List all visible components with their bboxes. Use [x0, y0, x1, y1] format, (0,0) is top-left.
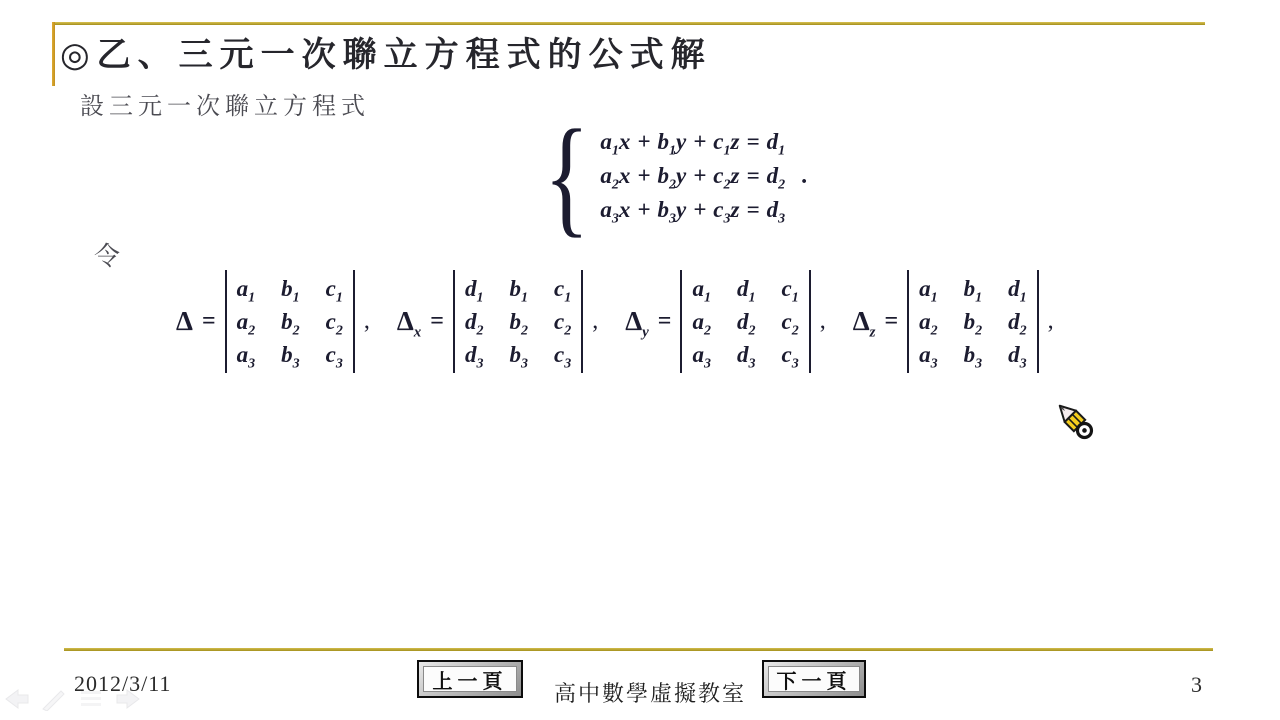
math-variable: b2 — [281, 309, 300, 335]
forward-arrow-icon[interactable] — [115, 687, 141, 711]
matrix-entry: b1 — [964, 272, 983, 305]
determinant-symbol: Δ — [176, 306, 193, 337]
matrix-entry: b3 — [281, 338, 300, 371]
slide-subtitle: 設三元一次聯立方程式 — [80, 86, 370, 121]
math-variable: y — [676, 197, 686, 223]
determinant-z: Δz=a1b1d1a2b2d2a3b3d3, — [853, 270, 1054, 373]
separator-comma: , — [592, 308, 598, 335]
matrix-entry: d1 — [1008, 272, 1027, 305]
math-variable: c3 — [713, 197, 730, 223]
math-variable: a3 — [692, 342, 711, 368]
matrix-entry: a2 — [237, 305, 256, 338]
page-number: 3 — [1191, 672, 1202, 698]
math-operator: + — [630, 197, 657, 223]
math-variable: c1 — [326, 276, 343, 302]
math-variable: a3 — [600, 197, 619, 223]
presenter-ghost-toolbar — [4, 687, 141, 711]
math-variable: b2 — [509, 309, 528, 335]
let-label: 令 — [94, 236, 120, 273]
math-variable: b3 — [657, 197, 676, 223]
math-variable: d1 — [1008, 276, 1027, 302]
pen-icon[interactable] — [41, 687, 67, 711]
matrix-entry: a2 — [919, 305, 938, 338]
equation-row: a1x+b1y+c1z=d1 — [600, 125, 807, 159]
matrix-entry: c3 — [781, 338, 798, 371]
math-variable: d2 — [767, 163, 786, 189]
math-variable: a2 — [600, 163, 619, 189]
left-brace: { — [544, 124, 590, 228]
math-operator: = — [739, 163, 766, 189]
math-variable: c2 — [554, 309, 571, 335]
matrix-entry: b1 — [281, 272, 300, 305]
matrix-entry: d3 — [465, 338, 484, 371]
math-variable: d2 — [1008, 309, 1027, 335]
math-variable: b1 — [509, 276, 528, 302]
matrix-entry: a1 — [692, 272, 711, 305]
matrix-entry: b1 — [509, 272, 528, 305]
math-variable: z — [731, 163, 740, 189]
math-variable: d1 — [465, 276, 484, 302]
math-variable: a3 — [237, 342, 256, 368]
separator-comma: , — [364, 308, 370, 335]
next-page-button[interactable]: 下一頁 — [762, 660, 866, 698]
math-variable: d3 — [1008, 342, 1027, 368]
math-operator: + — [630, 163, 657, 189]
math-operator: + — [630, 129, 657, 155]
math-variable: c3 — [326, 342, 343, 368]
math-variable: z — [731, 197, 740, 223]
pencil-cursor-icon — [1050, 396, 1102, 448]
math-variable: c3 — [554, 342, 571, 368]
determinant-delta: Δ=a1b1c1a2b2c2a3b3c3, — [176, 270, 397, 373]
matrix-entry: d2 — [1008, 305, 1027, 338]
matrix-entry: a3 — [692, 338, 711, 371]
math-variable: c1 — [554, 276, 571, 302]
math-variable: b3 — [964, 342, 983, 368]
matrix-entry: d2 — [737, 305, 756, 338]
matrix-entry: b2 — [281, 305, 300, 338]
math-variable: d3 — [767, 197, 786, 223]
matrix-entry: c1 — [781, 272, 798, 305]
math-variable: c2 — [713, 163, 730, 189]
math-variable: d3 — [465, 342, 484, 368]
math-variable: c3 — [781, 342, 798, 368]
footer-site-title: 高中數學虛擬教室 — [554, 677, 746, 708]
slide-title: ◎乙、三元一次聯立方程式的公式解 — [60, 27, 712, 76]
next-page-button-label: 下一頁 — [768, 666, 860, 692]
matrix-entry: c2 — [554, 305, 571, 338]
math-variable: b2 — [657, 163, 676, 189]
math-variable: x — [619, 197, 631, 223]
math-operator: + — [686, 197, 713, 223]
presentation-slide: ◎乙、三元一次聯立方程式的公式解 設三元一次聯立方程式 { a1x+b1y+c1… — [0, 0, 1280, 720]
math-variable: d1 — [737, 276, 756, 302]
math-variable: a1 — [600, 129, 619, 155]
matrix-entry: a3 — [919, 338, 938, 371]
equation-row: a2x+b2y+c2z=d2. — [600, 159, 807, 193]
math-variable: y — [676, 129, 686, 155]
matrix-entry: d2 — [465, 305, 484, 338]
equals-sign: = — [875, 308, 907, 335]
determinant-matrix: a1b1c1a2b2c2a3b3c3 — [225, 270, 355, 373]
matrix-entry: c3 — [326, 338, 343, 371]
math-variable: c2 — [326, 309, 343, 335]
matrix-entry: a1 — [237, 272, 256, 305]
math-variable: c1 — [713, 129, 730, 155]
math-variable: d2 — [737, 309, 756, 335]
matrix-entry: c1 — [554, 272, 571, 305]
title-frame-top-line — [52, 22, 1205, 25]
math-variable: z — [731, 129, 740, 155]
math-variable: b3 — [509, 342, 528, 368]
math-variable: x — [619, 129, 631, 155]
determinant-symbol: Δy — [625, 306, 649, 337]
matrix-entry: b3 — [964, 338, 983, 371]
matrix-entry: c2 — [326, 305, 343, 338]
system-period: . — [801, 163, 807, 190]
math-variable: b3 — [281, 342, 300, 368]
matrix-entry: c3 — [554, 338, 571, 371]
equation-system: { a1x+b1y+c1z=d1a2x+b2y+c2z=d2.a3x+b3y+c… — [535, 124, 807, 228]
equation-rows: a1x+b1y+c1z=d1a2x+b2y+c2z=d2.a3x+b3y+c3z… — [600, 125, 807, 227]
math-variable: x — [619, 163, 631, 189]
math-operator: = — [739, 197, 766, 223]
separator-comma: , — [1048, 308, 1054, 335]
menu-lines-icon[interactable] — [78, 687, 104, 711]
math-operator: + — [686, 129, 713, 155]
determinant-y: Δy=a1d1c1a2d2c2a3d3c3, — [625, 270, 853, 373]
determinant-symbol: Δx — [397, 306, 421, 337]
matrix-entry: a1 — [919, 272, 938, 305]
math-variable: a1 — [919, 276, 938, 302]
math-variable: b2 — [964, 309, 983, 335]
math-variable: a2 — [919, 309, 938, 335]
math-variable: d1 — [767, 129, 786, 155]
separator-comma: , — [820, 308, 826, 335]
matrix-entry: a3 — [237, 338, 256, 371]
determinant-definitions: Δ=a1b1c1a2b2c2a3b3c3,Δx=d1b1c1d2b2c2d3b3… — [176, 270, 1054, 373]
prev-page-button[interactable]: 上一頁 — [417, 660, 523, 698]
matrix-entry: d3 — [1008, 338, 1027, 371]
determinant-x: Δx=d1b1c1d2b2c2d3b3c3, — [397, 270, 625, 373]
matrix-entry: c1 — [326, 272, 343, 305]
math-operator: = — [739, 129, 766, 155]
math-operator: + — [686, 163, 713, 189]
math-variable: a3 — [919, 342, 938, 368]
matrix-entry: b2 — [509, 305, 528, 338]
math-variable: b1 — [964, 276, 983, 302]
math-variable: a1 — [692, 276, 711, 302]
math-variable: c2 — [781, 309, 798, 335]
math-variable: c1 — [781, 276, 798, 302]
matrix-entry: d1 — [737, 272, 756, 305]
back-arrow-icon[interactable] — [4, 687, 30, 711]
math-variable: a2 — [692, 309, 711, 335]
matrix-entry: b2 — [964, 305, 983, 338]
matrix-entry: d1 — [465, 272, 484, 305]
equation-row: a3x+b3y+c3z=d3 — [600, 193, 807, 227]
math-variable: a1 — [237, 276, 256, 302]
matrix-entry: d3 — [737, 338, 756, 371]
matrix-entry: b3 — [509, 338, 528, 371]
footer-divider-line — [64, 648, 1213, 651]
equals-sign: = — [649, 308, 681, 335]
math-variable: b1 — [281, 276, 300, 302]
determinant-symbol: Δz — [853, 306, 876, 337]
equals-sign: = — [193, 308, 225, 335]
math-variable: b1 — [657, 129, 676, 155]
determinant-matrix: d1b1c1d2b2c2d3b3c3 — [453, 270, 583, 373]
determinant-matrix: a1b1d1a2b2d2a3b3d3 — [907, 270, 1039, 373]
matrix-entry: c2 — [781, 305, 798, 338]
title-frame-left-line — [52, 22, 55, 86]
math-variable: d3 — [737, 342, 756, 368]
matrix-entry: a2 — [692, 305, 711, 338]
equals-sign: = — [421, 308, 453, 335]
math-variable: y — [676, 163, 686, 189]
math-variable: a2 — [237, 309, 256, 335]
prev-page-button-label: 上一頁 — [423, 666, 517, 692]
math-variable: d2 — [465, 309, 484, 335]
determinant-matrix: a1d1c1a2d2c2a3d3c3 — [680, 270, 810, 373]
